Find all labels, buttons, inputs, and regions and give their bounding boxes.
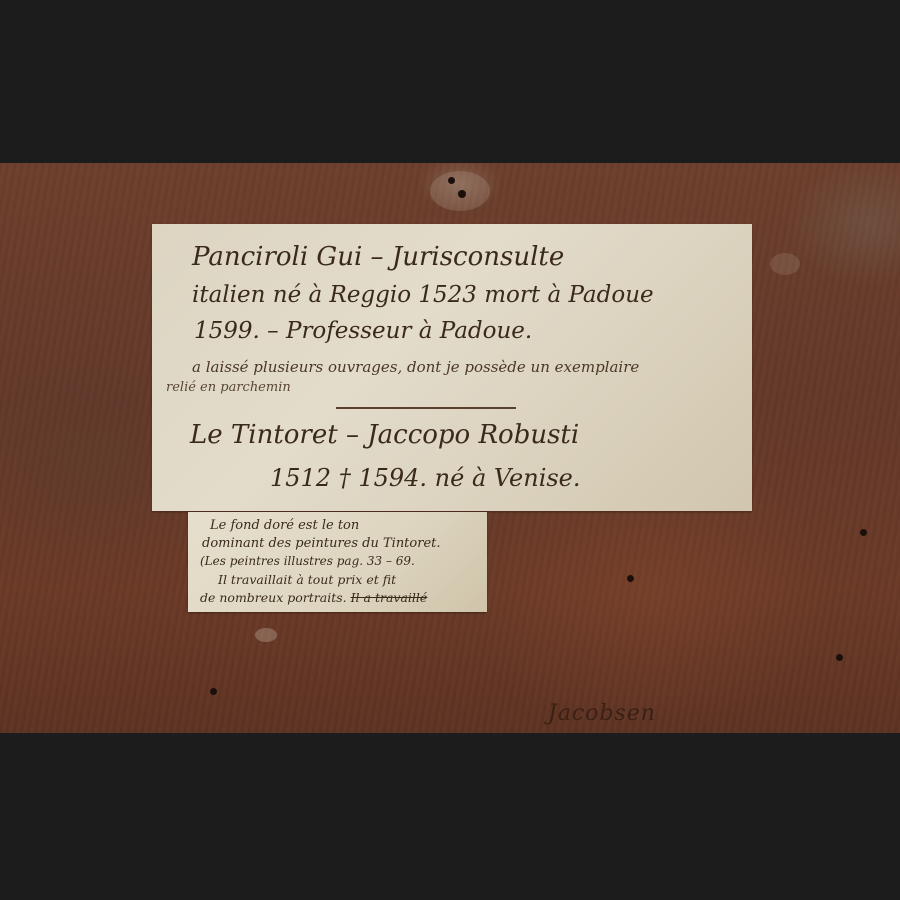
label-line: relié en parchemin — [166, 380, 291, 395]
worm-hole — [627, 575, 634, 582]
main-paper-label: Panciroli Gui – Jurisconsulte italien né… — [152, 224, 752, 511]
label-line: dominant des peintures du Tintoret. — [202, 536, 441, 551]
worm-hole — [458, 190, 466, 198]
label-line: Le Tintoret – Jaccopo Robusti — [190, 420, 579, 450]
label-text: de nombreux portraits. — [200, 590, 347, 605]
label-line: de nombreux portraits. Il a travaillé — [200, 590, 427, 605]
small-paper-label: Le fond doré est le ton dominant des pei… — [188, 512, 487, 612]
label-line: Il travaillait à tout prix et fit — [218, 572, 396, 587]
label-line: Panciroli Gui – Jurisconsulte — [192, 242, 564, 272]
wood-panel-photo: Panciroli Gui – Jurisconsulte italien né… — [0, 163, 900, 733]
label-line: 1512 † 1594. né à Venise. — [270, 464, 581, 492]
struck-text: Il a travaillé — [351, 590, 428, 605]
label-line: (Les peintres illustres pag. 33 – 69. — [200, 554, 415, 568]
wood-stain — [255, 628, 277, 642]
label-line: Le fond doré est le ton — [210, 518, 359, 533]
label-line: 1599. – Professeur à Padoue. — [194, 318, 532, 344]
worm-hole — [836, 654, 843, 661]
panel-signature: Jacobsen — [548, 701, 656, 726]
worm-hole — [860, 529, 867, 536]
worm-hole — [210, 688, 217, 695]
label-line: italien né à Reggio 1523 mort à Padoue — [192, 282, 654, 308]
wood-stain — [770, 253, 800, 275]
worm-hole — [448, 177, 455, 184]
label-line: a laissé plusieurs ouvrages, dont je pos… — [192, 358, 639, 376]
divider-rule — [336, 407, 516, 409]
